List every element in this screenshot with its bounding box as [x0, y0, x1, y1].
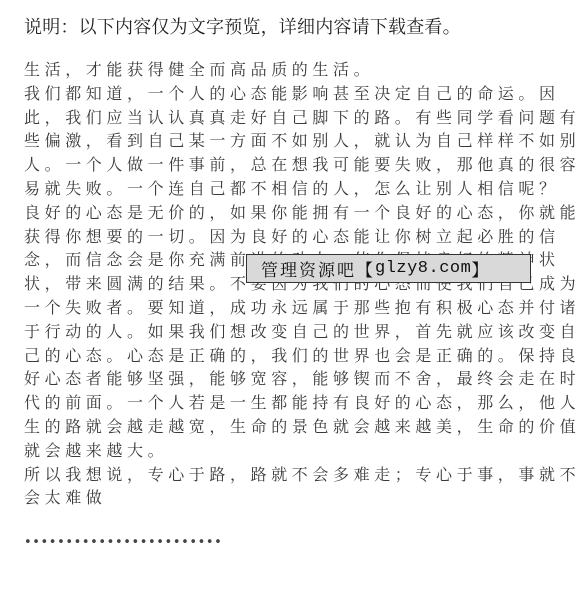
text-line: 易就失败。一个连自己都不相信的人，怎么让别人相信呢？: [24, 177, 536, 201]
ellipsis-dots: ••••••••••••••••••••••••: [24, 536, 222, 550]
text-line: 代的前面。一个人若是一生都能持有良好的心态，那么，他人: [24, 391, 536, 415]
text-line: 获得你想要的一切。因为良好的心态能让你树立起必胜的信: [24, 225, 536, 249]
watermark-bracket-open: 【: [356, 256, 375, 281]
text-line: 人。一个人做一件事前，总在想我可能要失败，那他真的很容: [24, 153, 536, 177]
text-line: 一个失败者。要知道，成功永远属于那些抱有积极心态并付诸: [24, 296, 536, 320]
text-line: 此，我们应当认认真真走好自己脚下的路。有些同学看问题有: [24, 106, 536, 130]
preview-notice: 说明：以下内容仅为文字预览，详细内容请下载查看。: [24, 16, 461, 40]
text-line: 所以我想说，专心于路，路就不会多难走；专心于事，事就不: [24, 463, 536, 487]
document-body: 生活，才能获得健全而高品质的生活。 我们都知道，一个人的心态能影响甚至决定自己的…: [24, 58, 536, 510]
text-line: 良好的心态是无价的，如果你能拥有一个良好的心态，你就能: [24, 201, 536, 225]
text-line: 生的路就会越走越宽，生命的景色就会越来越美，生命的价值: [24, 415, 536, 439]
text-line: 于行动的人。如果我们想改变自己的世界，首先就应该改变自: [24, 320, 536, 344]
watermark-bracket-close: 】: [471, 256, 490, 281]
watermark-domain: glzy8.com: [375, 259, 471, 278]
text-line: 些偏激，看到自己某一方面不如别人，就认为自己样样不如别: [24, 129, 536, 153]
text-line: 就会越来越大。: [24, 439, 536, 463]
text-line: 己的心态。心态是正确的，我们的世界也会是正确的。保持良: [24, 344, 536, 368]
text-line: 好心态者能够坚强，能够宽容，能够锲而不舍，最终会走在时: [24, 367, 536, 391]
text-line: 我们都知道，一个人的心态能影响甚至决定自己的命运。因: [24, 82, 536, 106]
text-line: 生活，才能获得健全而高品质的生活。: [24, 58, 536, 82]
watermark-banner: 管理资源吧 【 glzy8.com 】: [246, 254, 531, 283]
text-line: 会太难做: [24, 486, 536, 510]
watermark-label: 管理资源吧: [261, 256, 356, 281]
